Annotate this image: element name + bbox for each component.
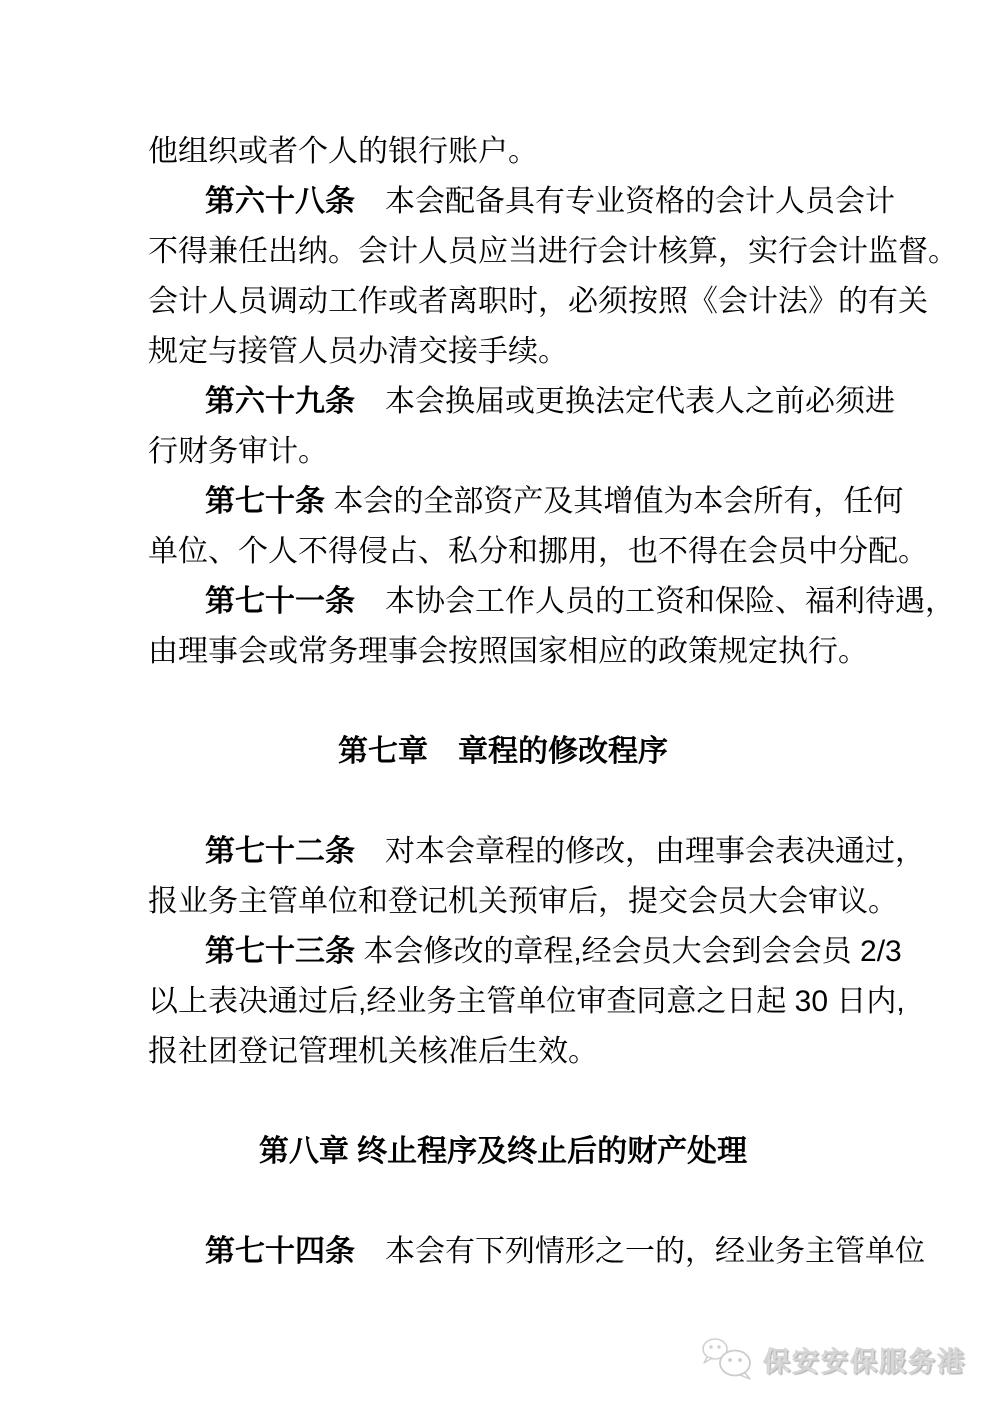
text-line: 单位、个人不得侵占、私分和挪用，也不得在会员中分配。 <box>148 527 858 577</box>
text-segment: 行财务审计。 <box>148 435 328 468</box>
text-line: 行财务审计。 <box>148 427 858 477</box>
text-line: 不得兼任出纳。会计人员应当进行会计核算，实行会计监督。 <box>148 227 858 277</box>
article-number: 第六十九条 <box>205 385 355 418</box>
text-segment: 本会修改的章程,经会员大会到会会员 2/3 <box>355 935 902 968</box>
text-segment: 本会换届或更换法定代表人之前必须进 <box>355 385 895 418</box>
article-number: 第七十一条 <box>205 585 355 618</box>
text-segment: 由理事会或常务理事会按照国家相应的政策规定执行。 <box>148 635 868 668</box>
text-line: 由理事会或常务理事会按照国家相应的政策规定执行。 <box>148 627 858 677</box>
text-segment: 报社团登记管理机关核准后生效。 <box>148 1035 598 1068</box>
article-number: 第七十三条 <box>205 935 355 968</box>
chapter-heading: 第七章 章程的修改程序 <box>148 727 858 777</box>
text-line: 规定与接管人员办清交接手续。 <box>148 327 858 377</box>
document-body: 他组织或者个人的银行账户。第六十八条 本会配备具有专业资格的会计人员会计不得兼任… <box>148 127 858 1277</box>
text-line: 第七十三条 本会修改的章程,经会员大会到会会员 2/3 <box>148 927 858 977</box>
text-line: 第六十八条 本会配备具有专业资格的会计人员会计 <box>148 177 858 227</box>
text-line: 会计人员调动工作或者离职时，必须按照《会计法》的有关 <box>148 277 858 327</box>
article-number: 第七十二条 <box>205 835 355 868</box>
text-line: 第七十条 本会的全部资产及其增值为本会所有，任何 <box>148 477 858 527</box>
text-line: 他组织或者个人的银行账户。 <box>148 127 858 177</box>
text-segment: 他组织或者个人的银行账户。 <box>148 135 538 168</box>
text-line: 报社团登记管理机关核准后生效。 <box>148 1027 858 1077</box>
text-segment: 会计人员调动工作或者离职时，必须按照《会计法》的有关 <box>148 285 928 318</box>
text-segment: 本会的全部资产及其增值为本会所有，任何 <box>325 485 903 518</box>
text-segment: 本会配备具有专业资格的会计人员会计 <box>355 185 895 218</box>
text-line: 第七十四条 本会有下列情形之一的，经业务主管单位 <box>148 1227 858 1277</box>
text-segment: 单位、个人不得侵占、私分和挪用，也不得在会员中分配。 <box>148 535 928 568</box>
chapter-heading: 第八章 终止程序及终止后的财产处理 <box>148 1127 858 1177</box>
text-segment: 对本会章程的修改，由理事会表决通过， <box>355 835 925 868</box>
article-number: 第七十条 <box>205 485 325 518</box>
text-segment: 报业务主管单位和登记机关预审后，提交会员大会审议。 <box>148 885 898 918</box>
text-segment: 以上表决通过后,经业务主管单位审查同意之日起 30 日内, <box>148 985 905 1018</box>
text-line: 以上表决通过后,经业务主管单位审查同意之日起 30 日内, <box>148 977 858 1027</box>
text-segment: 不得兼任出纳。会计人员应当进行会计核算，实行会计监督。 <box>148 235 958 268</box>
text-segment: 本会有下列情形之一的，经业务主管单位 <box>355 1235 925 1268</box>
wechat-logo-icon <box>701 1336 755 1382</box>
text-line: 报业务主管单位和登记机关预审后，提交会员大会审议。 <box>148 877 858 927</box>
text-line: 第七十一条 本协会工作人员的工资和保险、福利待遇， <box>148 577 858 627</box>
text-line: 第七十二条 对本会章程的修改，由理事会表决通过， <box>148 827 858 877</box>
article-number: 第七十四条 <box>205 1235 355 1268</box>
watermark-text: 保安安保服务港 <box>763 1340 966 1379</box>
text-segment: 规定与接管人员办清交接手续。 <box>148 335 568 368</box>
document-page: 他组织或者个人的银行账户。第六十八条 本会配备具有专业资格的会计人员会计不得兼任… <box>0 0 992 1403</box>
watermark: 保安安保服务港 <box>701 1336 966 1382</box>
text-line: 第六十九条 本会换届或更换法定代表人之前必须进 <box>148 377 858 427</box>
article-number: 第六十八条 <box>205 185 355 218</box>
text-segment: 本协会工作人员的工资和保险、福利待遇， <box>355 585 955 618</box>
